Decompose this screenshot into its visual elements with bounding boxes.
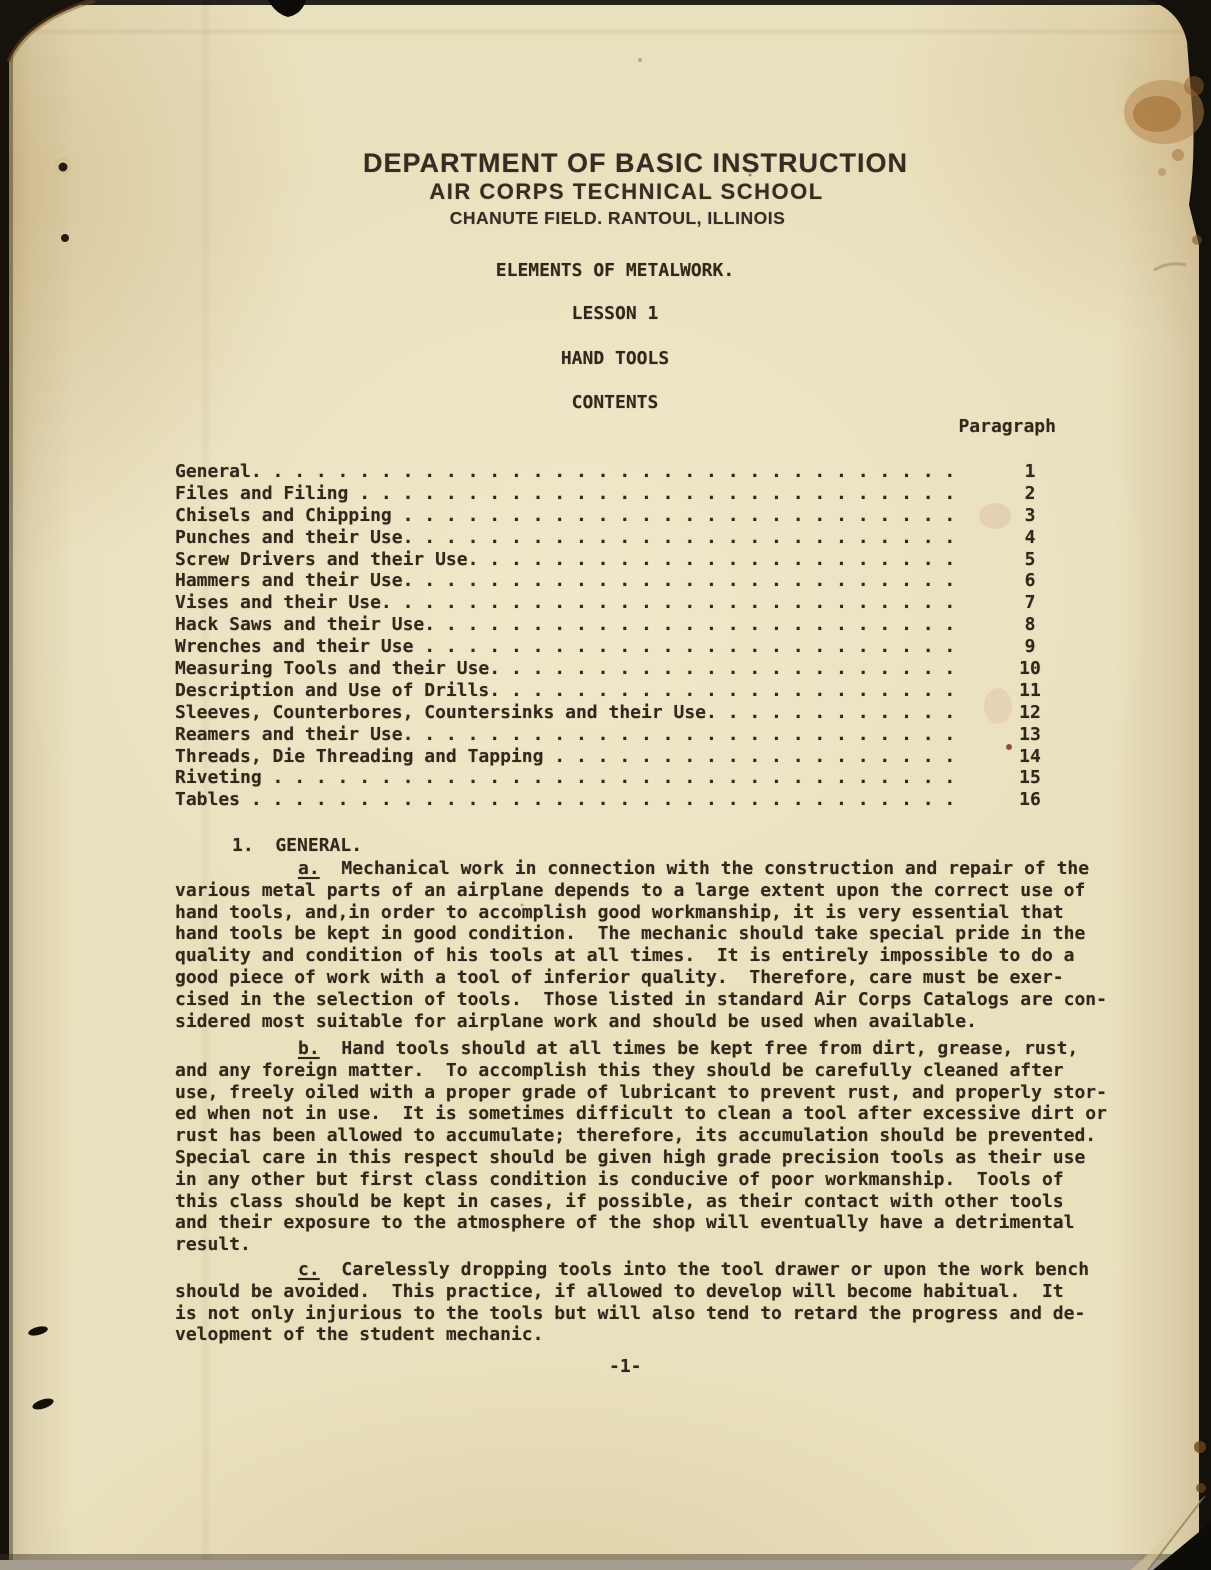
contents-entry-label: Files and Filing bbox=[175, 483, 348, 505]
dot-leader: . . . . . . . . . . . . . . . . . . . . … bbox=[413, 636, 955, 658]
dot-leader: . . . . . . . . . . . . . . . . . . . . … bbox=[500, 658, 955, 680]
contents-entry-label: Description and Use of Drills. bbox=[175, 680, 500, 702]
stain-top-right bbox=[1124, 80, 1204, 144]
paragraph-a-label: a. bbox=[298, 858, 320, 879]
dot-leader: . . . . . . . . . . . . . . . . . . . . … bbox=[413, 527, 955, 549]
contents-entry-label: Wrenches and their Use bbox=[175, 636, 413, 658]
contents-entry-label: Reamers and their Use. bbox=[175, 724, 413, 746]
page-number: -1- bbox=[609, 1356, 642, 1378]
contents-entry-label: Riveting bbox=[175, 767, 262, 789]
contents-row: Hack Saws and their Use. . . . . . . . .… bbox=[175, 614, 1105, 636]
paragraph-column-header: Paragraph bbox=[175, 416, 1105, 438]
contents-entry-number: 16 bbox=[955, 789, 1105, 811]
dot-leader: . . . . . . . . . . . . . . . . . . . . … bbox=[500, 680, 955, 702]
contents-entry-label: Screw Drivers and their Use. bbox=[175, 549, 478, 571]
contents-entry-label: Vises and their Use. bbox=[175, 592, 392, 614]
school-name: AIR CORPS TECHNICAL SCHOOL bbox=[21, 178, 1211, 206]
scan-edge-right bbox=[1199, 0, 1211, 1570]
contents-entry-number: 2 bbox=[955, 483, 1105, 505]
contents-row: General. . . . . . . . . . . . . . . . .… bbox=[175, 461, 1105, 483]
contents-row: Tables . . . . . . . . . . . . . . . . .… bbox=[175, 789, 1105, 811]
scan-edge-left bbox=[0, 0, 9, 1570]
contents-entry-number: 4 bbox=[955, 527, 1105, 549]
contents-row: Screw Drivers and their Use. . . . . . .… bbox=[175, 549, 1105, 571]
contents-entry-number: 15 bbox=[955, 767, 1105, 789]
contents-entry-label: Hammers and their Use. bbox=[175, 570, 413, 592]
torn-corner-top-left bbox=[0, 0, 95, 80]
contents-entry-label: General. bbox=[175, 461, 262, 483]
scanned-document-page: DEPARTMENT OF BASIC INSTRUCTION AIR CORP… bbox=[0, 0, 1211, 1570]
punch-hole bbox=[61, 234, 69, 242]
paragraph-c: c. Carelessly dropping tools into the to… bbox=[175, 1259, 1120, 1346]
lesson-subject: HAND TOOLS bbox=[175, 348, 1105, 370]
contents-entry-number: 6 bbox=[955, 570, 1105, 592]
contents-row: Riveting . . . . . . . . . . . . . . . .… bbox=[175, 767, 1105, 789]
paragraph-b-text: Hand tools should at all times be kept f… bbox=[175, 1038, 1107, 1255]
paragraph-a-text: Mechanical work in connection with the c… bbox=[175, 858, 1107, 1032]
dot-leader: . . . . . . . . . . . . . . . . . . . . … bbox=[413, 570, 955, 592]
contents-row: Measuring Tools and their Use. . . . . .… bbox=[175, 658, 1105, 680]
dot-leader: . . . . . . . . . . . . . . . . . . . . … bbox=[240, 789, 955, 811]
contents-entry-label: Tables bbox=[175, 789, 240, 811]
scuff-mark bbox=[1154, 264, 1186, 270]
contents-entry-number: 10 bbox=[955, 658, 1105, 680]
dot-leader: . . . . . . . . . . . . . . . . . . . . … bbox=[543, 746, 955, 768]
contents-heading: CONTENTS bbox=[175, 392, 1105, 414]
contents-row: Wrenches and their Use . . . . . . . . .… bbox=[175, 636, 1105, 658]
contents-entry-number: 8 bbox=[955, 614, 1105, 636]
document-title: ELEMENTS OF METALWORK. bbox=[175, 260, 1105, 282]
contents-row: Vises and their Use. . . . . . . . . . .… bbox=[175, 592, 1105, 614]
dot-leader: . . . . . . . . . . . . . . . . . . . . … bbox=[435, 614, 955, 636]
contents-row: Description and Use of Drills. . . . . .… bbox=[175, 680, 1105, 702]
department-name: DEPARTMENT OF BASIC INSTRUCTION bbox=[30, 148, 1211, 178]
contents-entry-label: Threads, Die Threading and Tapping bbox=[175, 746, 543, 768]
contents-row: Threads, Die Threading and Tapping . . .… bbox=[175, 746, 1105, 768]
dot-leader: . . . . . . . . . . . . . . . . . . . . … bbox=[413, 724, 955, 746]
scanner-bed-strip bbox=[0, 1560, 1211, 1570]
lesson-number: LESSON 1 bbox=[175, 303, 1105, 325]
section-heading: 1. GENERAL. bbox=[232, 835, 362, 857]
contents-entry-number: 7 bbox=[955, 592, 1105, 614]
contents-row: Reamers and their Use. . . . . . . . . .… bbox=[175, 724, 1105, 746]
dot-leader: . . . . . . . . . . . . . . . . . . . . … bbox=[262, 461, 955, 483]
contents-entry-number: 13 bbox=[955, 724, 1105, 746]
torn-notch-top bbox=[268, 0, 306, 17]
paragraph-b: b. Hand tools should at all times be kep… bbox=[175, 1038, 1120, 1256]
contents-entry-number: 11 bbox=[955, 680, 1105, 702]
contents-entry-label: Sleeves, Counterbores, Countersinks and … bbox=[175, 702, 717, 724]
torn-corner-bottom-right bbox=[1153, 1522, 1211, 1570]
letterhead: DEPARTMENT OF BASIC INSTRUCTION AIR CORP… bbox=[0, 148, 1211, 230]
school-location: CHANUTE FIELD. RANTOUL, ILLINOIS bbox=[12, 206, 1211, 230]
dot-leader: . . . . . . . . . . . . . . . . . . . . … bbox=[392, 592, 955, 614]
contents-entry-number: 9 bbox=[955, 636, 1105, 658]
contents-entry-number: 1 bbox=[955, 461, 1105, 483]
dot-leader: . . . . . . . . . . . . . . . . . . . . … bbox=[717, 702, 955, 724]
contents-entry-number: 14 bbox=[955, 746, 1105, 768]
dot-leader: . . . . . . . . . . . . . . . . . . . . … bbox=[392, 505, 955, 527]
contents-entry-number: 12 bbox=[955, 702, 1105, 724]
fold-crease bbox=[1131, 1496, 1205, 1570]
contents-entry-label: Hack Saws and their Use. bbox=[175, 614, 435, 636]
scan-edge-top bbox=[0, 0, 1211, 5]
contents-entry-number: 5 bbox=[955, 549, 1105, 571]
contents-row: Punches and their Use. . . . . . . . . .… bbox=[175, 527, 1105, 549]
staple-mark bbox=[27, 1325, 48, 1338]
contents-row: Sleeves, Counterbores, Countersinks and … bbox=[175, 702, 1105, 724]
dot-leader: . . . . . . . . . . . . . . . . . . . . … bbox=[262, 767, 955, 789]
contents-entry-label: Chisels and Chipping bbox=[175, 505, 392, 527]
contents-entry-label: Measuring Tools and their Use. bbox=[175, 658, 500, 680]
contents-row: Files and Filing . . . . . . . . . . . .… bbox=[175, 483, 1105, 505]
paragraph-a: a. Mechanical work in connection with th… bbox=[175, 858, 1120, 1032]
contents-row: Hammers and their Use. . . . . . . . . .… bbox=[175, 570, 1105, 592]
contents-entry-label: Punches and their Use. bbox=[175, 527, 413, 549]
paragraph-b-label: b. bbox=[298, 1038, 320, 1059]
contents-row: Chisels and Chipping . . . . . . . . . .… bbox=[175, 505, 1105, 527]
contents-table: General. . . . . . . . . . . . . . . . .… bbox=[175, 461, 1105, 811]
paragraph-c-label: c. bbox=[298, 1259, 320, 1280]
staple-mark bbox=[31, 1396, 55, 1411]
contents-entry-number: 3 bbox=[955, 505, 1105, 527]
dot-leader: . . . . . . . . . . . . . . . . . . . . … bbox=[348, 483, 955, 505]
dot-leader: . . . . . . . . . . . . . . . . . . . . … bbox=[478, 549, 955, 571]
